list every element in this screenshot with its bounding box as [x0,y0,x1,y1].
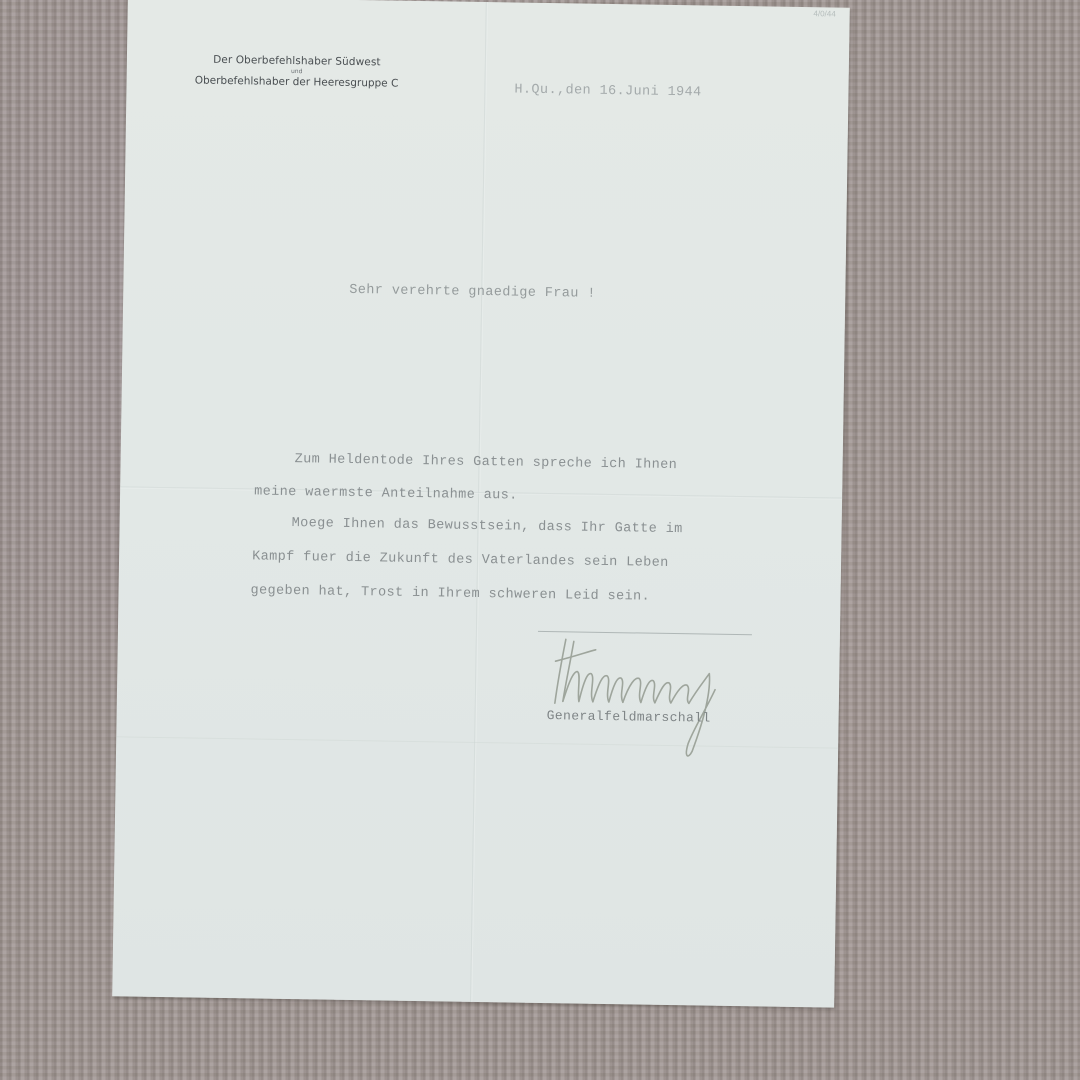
handwritten-signature [546,631,748,764]
body-line-2: meine waermste Anteilnahme aus. [254,484,518,503]
body-line-3: Moege Ihnen das Bewusstsein, dass Ihr Ga… [292,516,683,537]
signatory-rank: Generalfeldmarschall [547,708,711,726]
body-line-5: gegeben hat, Trost in Ihrem schweren Lei… [250,583,650,604]
body-line-4: Kampf fuer die Zukunft des Vaterlandes s… [252,549,669,571]
body-line-1: Zum Heldentode Ihres Gatten spreche ich … [295,452,678,473]
salutation: Sehr verehrte gnaedige Frau ! [349,283,596,302]
letterhead: Der Oberbefehlshaber Südwest und Oberbef… [166,53,426,90]
archive-mark: 4/0/44 [813,9,835,18]
letter-paper: 4/0/44 Der Oberbefehlshaber Südwest und … [112,0,850,1008]
date-line: H.Qu.,den 16.Juni 1944 [514,82,701,100]
